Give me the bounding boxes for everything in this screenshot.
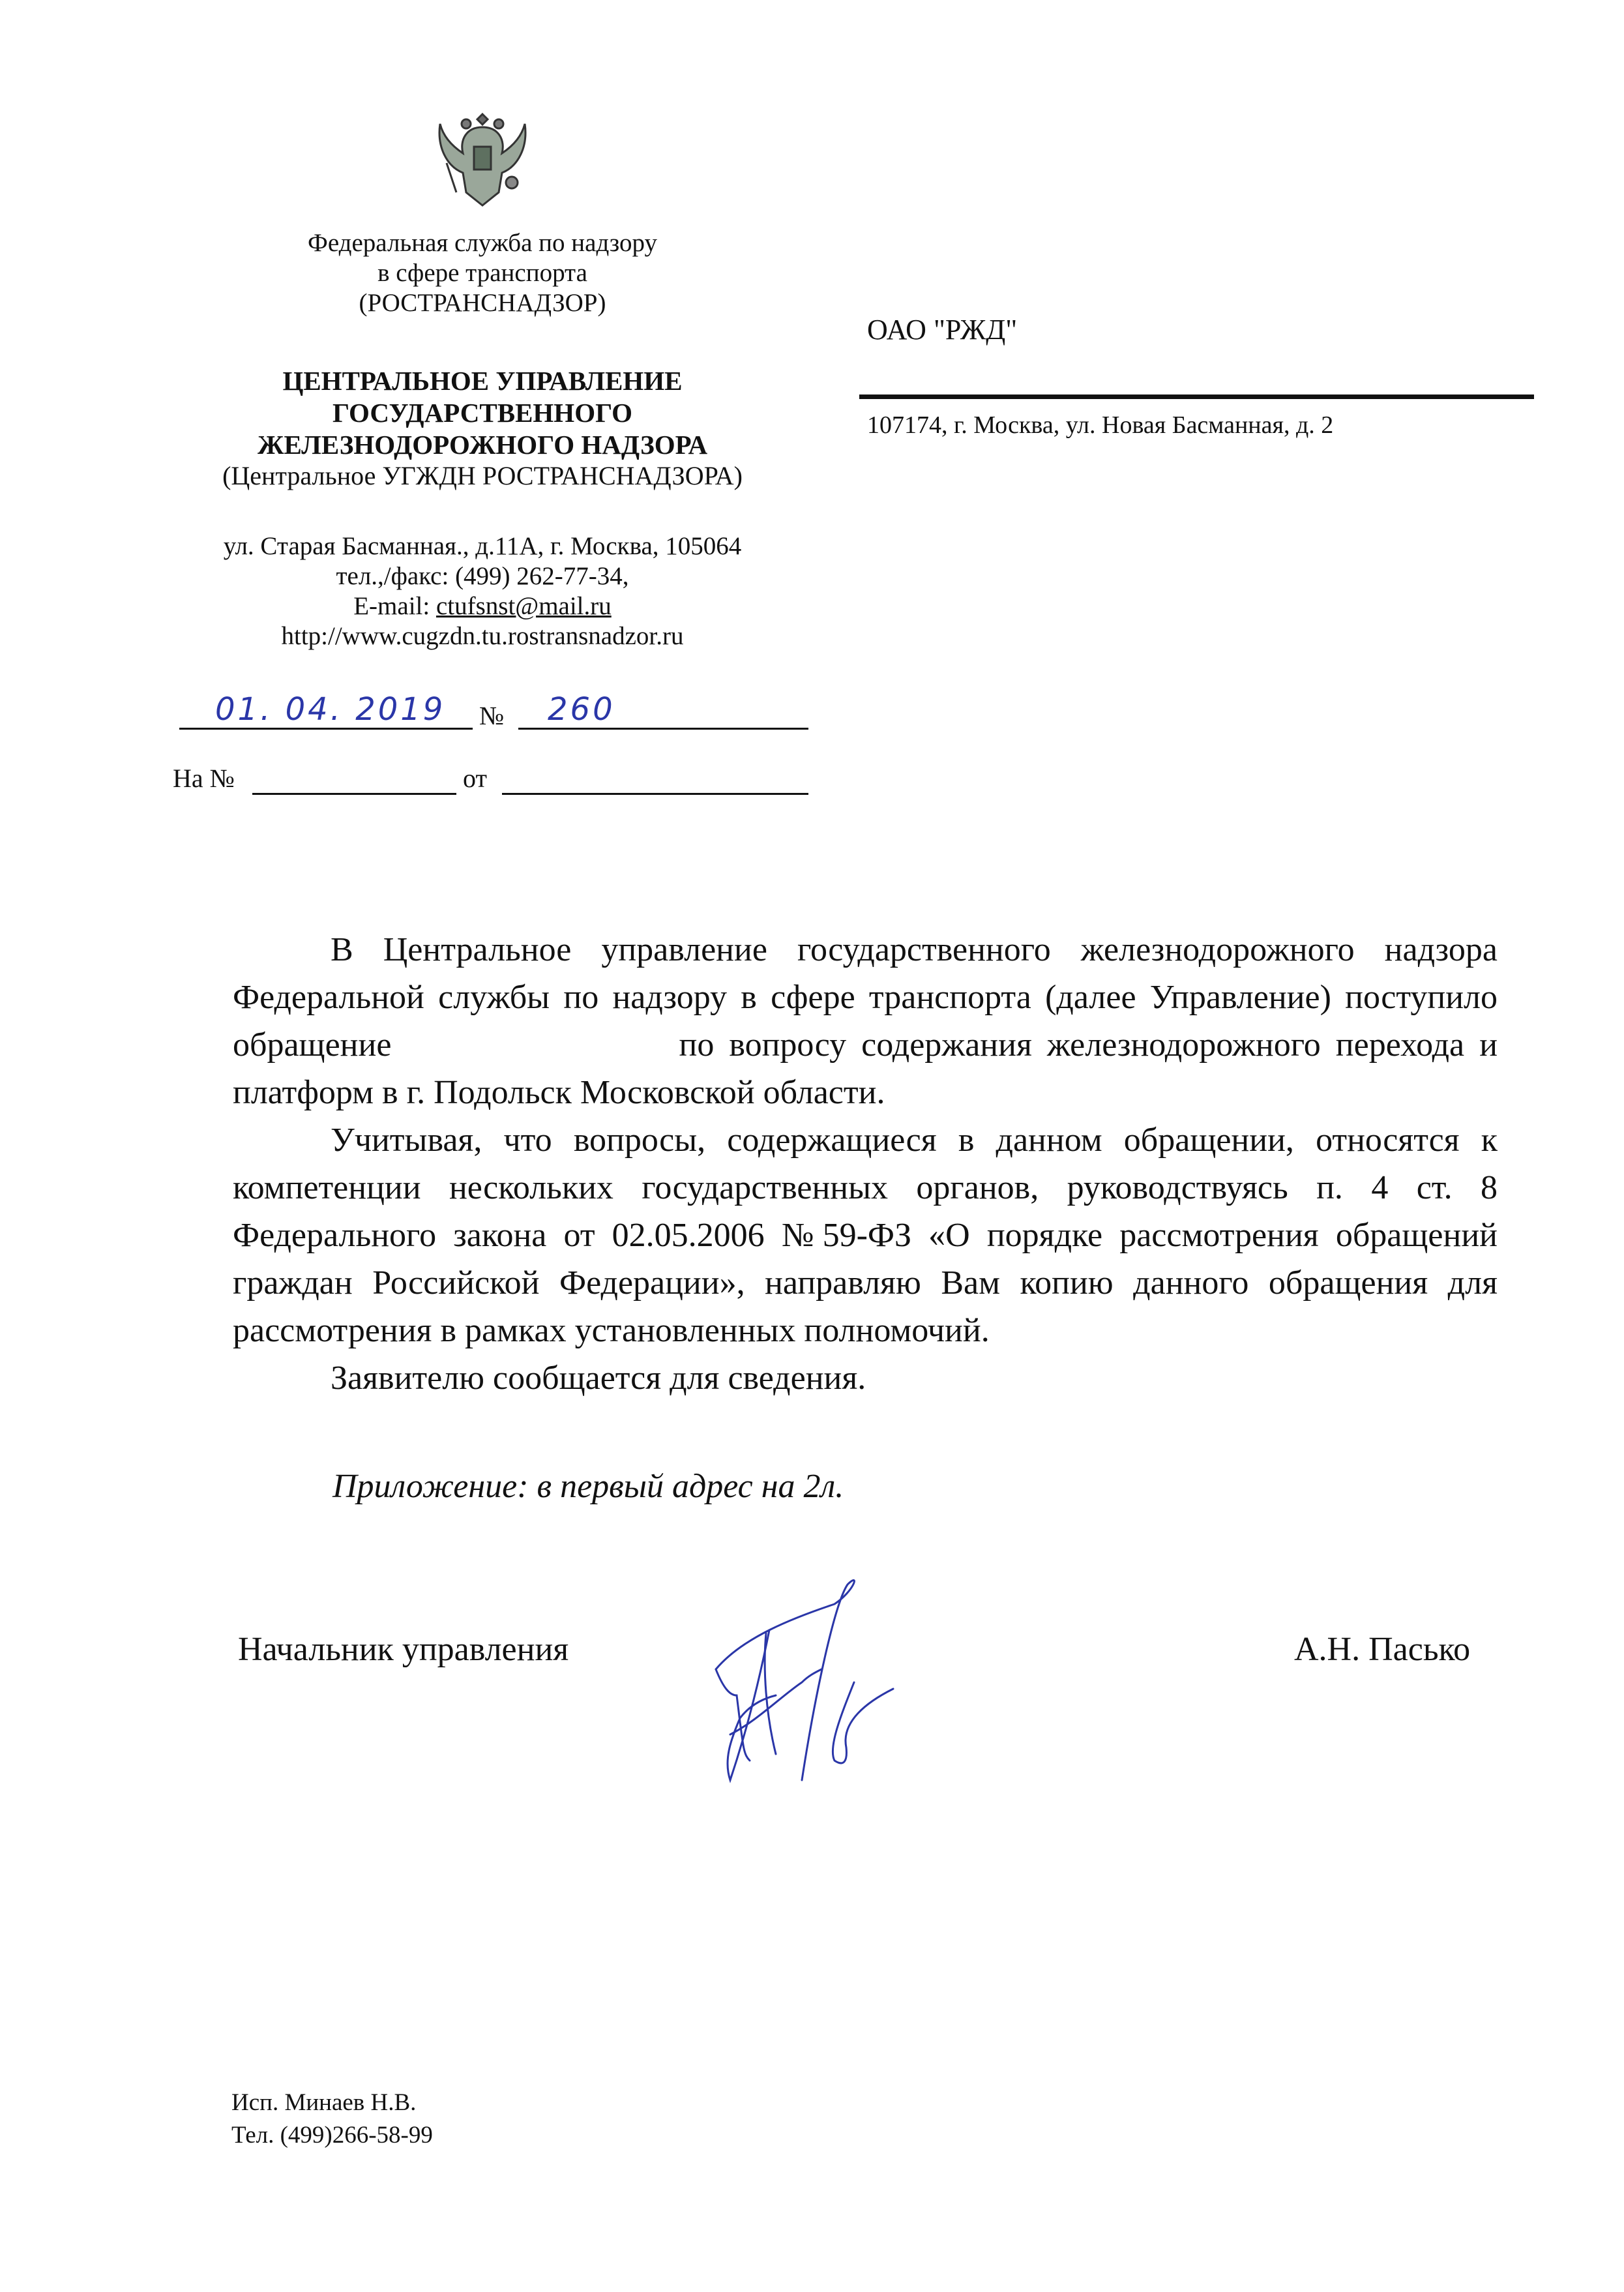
- body-paragraph-2: Учитывая, что вопросы, содержащиеся в да…: [233, 1116, 1498, 1354]
- date-underline: [179, 728, 473, 730]
- sender-website[interactable]: http://www.cugzdn.tu.rostransnadzor.ru: [176, 621, 789, 651]
- sender-org-line: в сфере транспорта: [215, 258, 750, 288]
- body-p1-part2: по вопросу содержания железнодорожного п…: [233, 1026, 1498, 1111]
- reply-row: На № от: [173, 756, 808, 802]
- reply-label: На №: [173, 763, 235, 794]
- signatory-title: Начальник управления: [238, 1630, 568, 1669]
- sender-contacts: ул. Старая Басманная., д.11А, г. Москва,…: [176, 531, 789, 651]
- body-paragraph-3: Заявителю сообщается для сведения.: [233, 1354, 1498, 1402]
- number-label: №: [479, 700, 504, 731]
- registration-date: 01. 04. 2019: [215, 691, 445, 728]
- sender-dept-block: ЦЕНТРАЛЬНОЕ УПРАВЛЕНИЕ ГОСУДАРСТВЕННОГО …: [176, 365, 789, 461]
- sender-dept-line: ГОСУДАРСТВЕННОГО: [176, 397, 789, 429]
- recipient-address: 107174, г. Москва, ул. Новая Басманная, …: [867, 411, 1333, 439]
- registration-row: 01. 04. 2019 № 260: [173, 691, 808, 737]
- sender-email-row: E-mail: ctufsnst@mail.ru: [176, 591, 789, 621]
- executor-name: Исп. Минаев Н.В.: [231, 2087, 433, 2119]
- sender-dept-line: ЦЕНТРАЛЬНОЕ УПРАВЛЕНИЕ: [176, 365, 789, 397]
- letter-body: В Центральное управление государственног…: [233, 926, 1498, 1402]
- sender-dept-line: ЖЕЛЕЗНОДОРОЖНОГО НАДЗОРА: [176, 429, 789, 461]
- registration-number: 260: [548, 691, 615, 728]
- russian-coat-of-arms-icon: [427, 101, 538, 212]
- handwritten-signature-icon: [704, 1565, 1017, 1800]
- executor-phone: Тел. (499)266-58-99: [231, 2119, 433, 2152]
- executor-block: Исп. Минаев Н.В. Тел. (499)266-58-99: [231, 2087, 433, 2152]
- signatory-name: А.Н. Пасько: [1294, 1630, 1470, 1669]
- sender-org-block: Федеральная служба по надзору в сфере тр…: [215, 228, 750, 318]
- recipient-name: ОАО "РЖД": [867, 313, 1017, 346]
- from-label: от: [463, 763, 487, 794]
- sender-address: ул. Старая Басманная., д.11А, г. Москва,…: [176, 531, 789, 561]
- from-date-field: [502, 793, 808, 795]
- sender-dept-short: (Центральное УГЖДН РОСТРАНСНАДЗОРА): [176, 461, 789, 491]
- sender-phone: тел.,/факс: (499) 262-77-34,: [176, 561, 789, 591]
- email-label: E-mail:: [353, 592, 436, 620]
- body-paragraph-1: В Центральное управление государственног…: [233, 926, 1498, 1116]
- email-link[interactable]: ctufsnst@mail.ru: [436, 592, 612, 620]
- recipient-divider: [859, 394, 1534, 399]
- attachment-note: Приложение: в первый адрес на 2л.: [332, 1467, 844, 1506]
- sender-org-line: (РОСТРАНСНАДЗОР): [215, 288, 750, 318]
- number-underline: [518, 728, 808, 730]
- sender-org-line: Федеральная служба по надзору: [215, 228, 750, 258]
- reply-number-field: [252, 793, 456, 795]
